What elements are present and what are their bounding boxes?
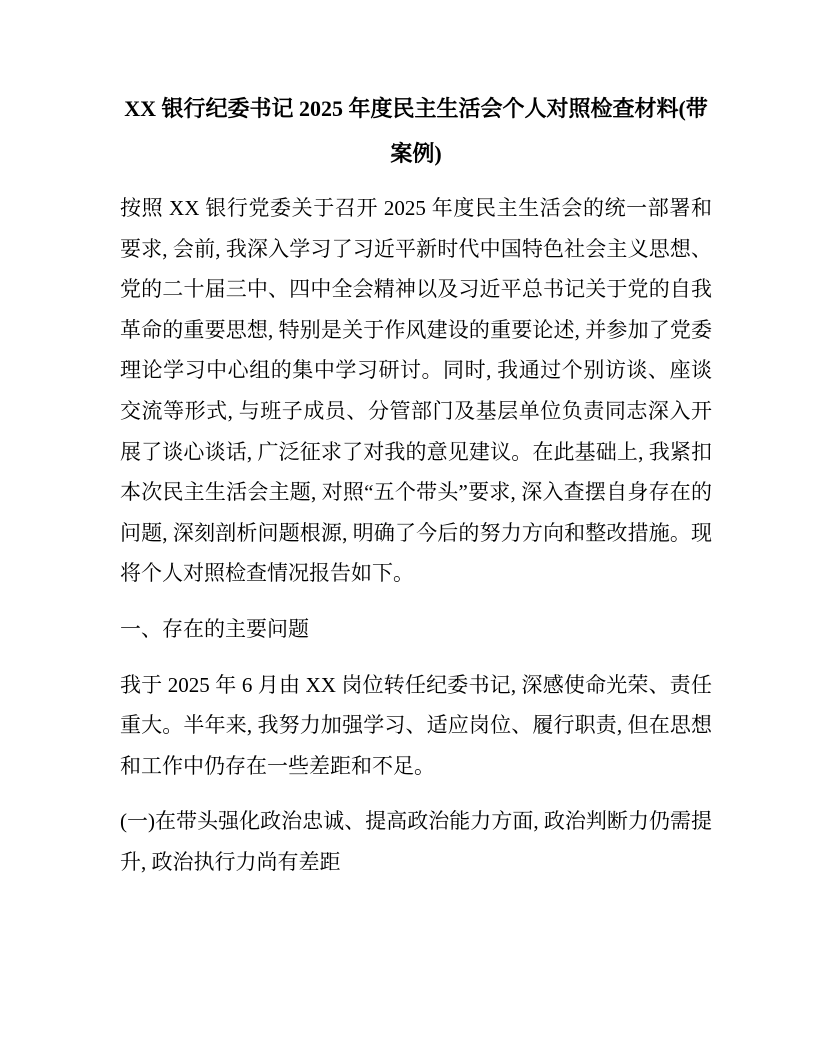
document-content: XX 银行纪委书记 2025 年度民主生活会个人对照检查材料(带 案例) 按照 … — [120, 86, 712, 898]
document-title-line-1: XX 银行纪委书记 2025 年度民主生活会个人对照检查材料(带 — [120, 86, 712, 131]
intro-paragraph: 按照 XX 银行党委关于召开 2025 年度民主生活会的统一部署和要求, 会前,… — [120, 188, 712, 594]
subsection-heading-political-loyalty: (一)在带头强化政治忠诚、提高政治能力方面, 政治判断力仍需提升, 政治执行力尚… — [120, 801, 712, 882]
document-title: XX 银行纪委书记 2025 年度民主生活会个人对照检查材料(带 案例) — [120, 86, 712, 176]
document-title-line-2: 案例) — [120, 131, 712, 176]
paragraph-role-background: 我于 2025 年 6 月由 XX 岗位转任纪委书记, 深感使命光荣、责任重大。… — [120, 665, 712, 787]
document-page: XX 银行纪委书记 2025 年度民主生活会个人对照检查材料(带 案例) 按照 … — [0, 0, 816, 1056]
section-heading-main-problems: 一、存在的主要问题 — [120, 609, 712, 650]
